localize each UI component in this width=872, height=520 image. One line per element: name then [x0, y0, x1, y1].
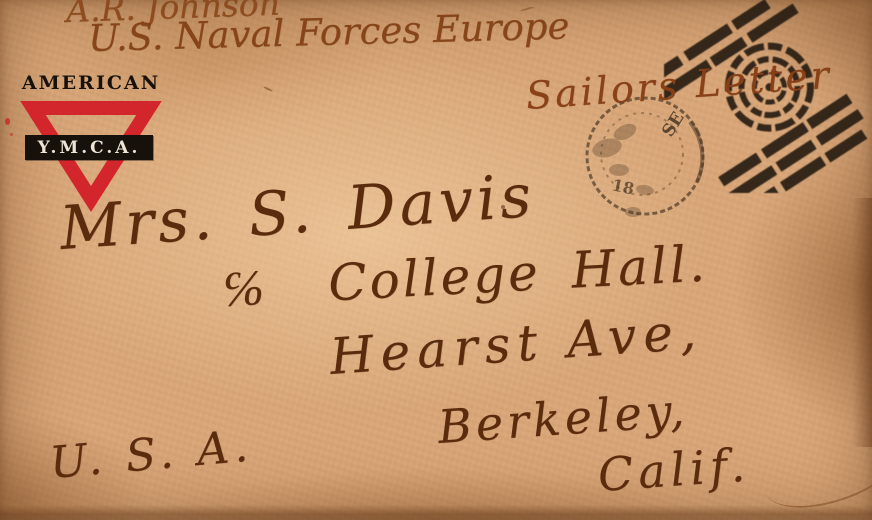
postmark-digits: 18	[610, 175, 636, 198]
recipient-country: U. S. A.	[48, 420, 255, 489]
paper-fiber	[263, 86, 273, 92]
recipient-state: Calif.	[596, 437, 751, 501]
envelope-bottom-edge-shadow	[0, 505, 872, 520]
envelope: AMERICAN Y.M.C.A. SE 18	[0, 0, 872, 520]
ymca-bar: Y.M.C.A.	[25, 135, 153, 160]
recipient-street: Hearst Ave,	[328, 302, 705, 386]
logo-american-text: AMERICAN	[10, 72, 172, 94]
paper-crease	[843, 190, 872, 340]
logo-ymca-text: Y.M.C.A.	[38, 138, 141, 158]
